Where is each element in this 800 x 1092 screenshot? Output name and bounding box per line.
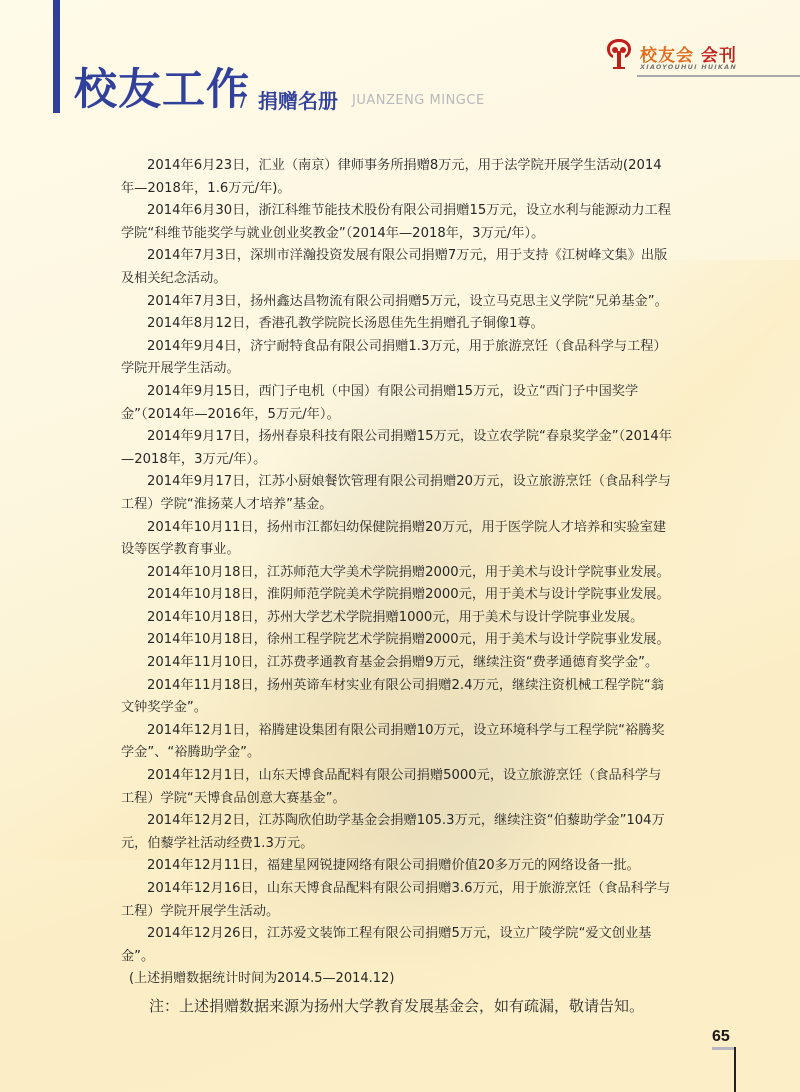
donation-item: 2014年12月2日，江苏陶欣伯助学基金会捐赠105.3万元，继续注资“伯藜助学… bbox=[121, 810, 673, 855]
donation-item: 2014年12月1日，山东天博食品配料有限公司捐赠5000元，设立旅游烹饪（食品… bbox=[121, 765, 673, 810]
donation-item: 2014年10月18日，苏州大学艺术学院捐赠1000元，用于美术与设计学院事业发… bbox=[121, 607, 673, 630]
donation-item: 2014年8月12日，香港孔教学院院长汤恩佳先生捐赠孔子铜像1尊。 bbox=[121, 313, 673, 336]
page-number: 65 bbox=[712, 1028, 730, 1046]
donation-item: 2014年9月15日，西门子电机（中国）有限公司捐赠15万元，设立“西门子中国奖… bbox=[121, 381, 673, 426]
donation-item: 2014年9月4日，济宁耐特食品有限公司捐赠1.3万元，用于旅游烹饪（食品科学与… bbox=[121, 336, 673, 381]
donation-item: 2014年7月3日，深圳市洋瀚投资发展有限公司捐赠7万元，用于支持《江树峰文集》… bbox=[121, 245, 673, 290]
donation-item: 2014年10月18日，徐州工程学院艺术学院捐赠2000元，用于美术与设计学院事… bbox=[121, 629, 673, 652]
page-number-rule bbox=[734, 1047, 736, 1092]
donation-item: 2014年10月18日，淮阴师范学院美术学院捐赠2000元，用于美术与设计学院事… bbox=[121, 584, 673, 607]
donation-list: 2014年6月23日，汇业（南京）律师事务所捐赠8万元，用于法学院开展学生活动(… bbox=[121, 155, 673, 1018]
donation-item: 2014年6月30日，浙江科维节能技术股份有限公司捐赠15万元，设立水利与能源动… bbox=[121, 200, 673, 245]
donation-item: 2014年12月16日，山东天博食品配料有限公司捐赠3.6万元，用于旅游烹饪（食… bbox=[121, 878, 673, 923]
title-separator: / bbox=[240, 91, 246, 110]
donation-item: 2014年6月23日，汇业（南京）律师事务所捐赠8万元，用于法学院开展学生活动(… bbox=[121, 155, 673, 200]
donation-item: 2014年12月26日，江苏爱文装饰工程有限公司捐赠5万元，设立广陵学院“爱文创… bbox=[121, 923, 673, 968]
tree-emblem-icon bbox=[604, 37, 634, 71]
page-number-underline bbox=[712, 1047, 735, 1050]
donation-item: 2014年7月3日，扬州鑫达昌物流有限公司捐赠5万元，设立马克思主义学院“兄弟基… bbox=[121, 291, 673, 314]
donation-item: 2014年12月1日，裕腾建设集团有限公司捐赠10万元，设立环境科学与工程学院“… bbox=[121, 720, 673, 765]
logo-pinyin: XIAOYOUHUI HUIKAN bbox=[640, 63, 737, 71]
section-accent-bar bbox=[53, 0, 60, 113]
donation-item: 2014年10月18日，江苏师范大学美术学院捐赠2000元，用于美术与设计学院事… bbox=[121, 562, 673, 585]
source-note: 注：上述捐赠数据来源为扬州大学教育发展基金会，如有疏漏，敬请告知。 bbox=[121, 995, 673, 1018]
donation-item: 2014年9月17日，江苏小厨娘餐饮管理有限公司捐赠20万元，设立旅游烹饪（食品… bbox=[121, 471, 673, 516]
donation-item: 2014年11月10日，江苏费孝通教育基金会捐赠9万元，继续注资“费孝通德育奖学… bbox=[121, 652, 673, 675]
subsection-title: 捐赠名册 bbox=[258, 85, 338, 114]
donation-item: 2014年11月18日，扬州英谛车材实业有限公司捐赠2.4万元，继续注资机械工程… bbox=[121, 675, 673, 720]
donation-item: 2014年9月17日，扬州春泉科技有限公司捐赠15万元，设立农学院“春泉奖学金”… bbox=[121, 426, 673, 471]
subsection-pinyin: JUANZENG MINGCE bbox=[352, 93, 485, 108]
section-title: 校友工作 bbox=[74, 66, 250, 114]
statistics-period: (上述捐赠数据统计时间为2014.5—2014.12) bbox=[121, 968, 673, 991]
header-rule bbox=[637, 75, 800, 77]
donation-item: 2014年12月11日，福建星网锐捷网络有限公司捐赠价值20多万元的网络设备一批… bbox=[121, 855, 673, 878]
donation-item: 2014年10月11日，扬州市江都妇幼保健院捐赠20万元，用于医学院人才培养和实… bbox=[121, 517, 673, 562]
